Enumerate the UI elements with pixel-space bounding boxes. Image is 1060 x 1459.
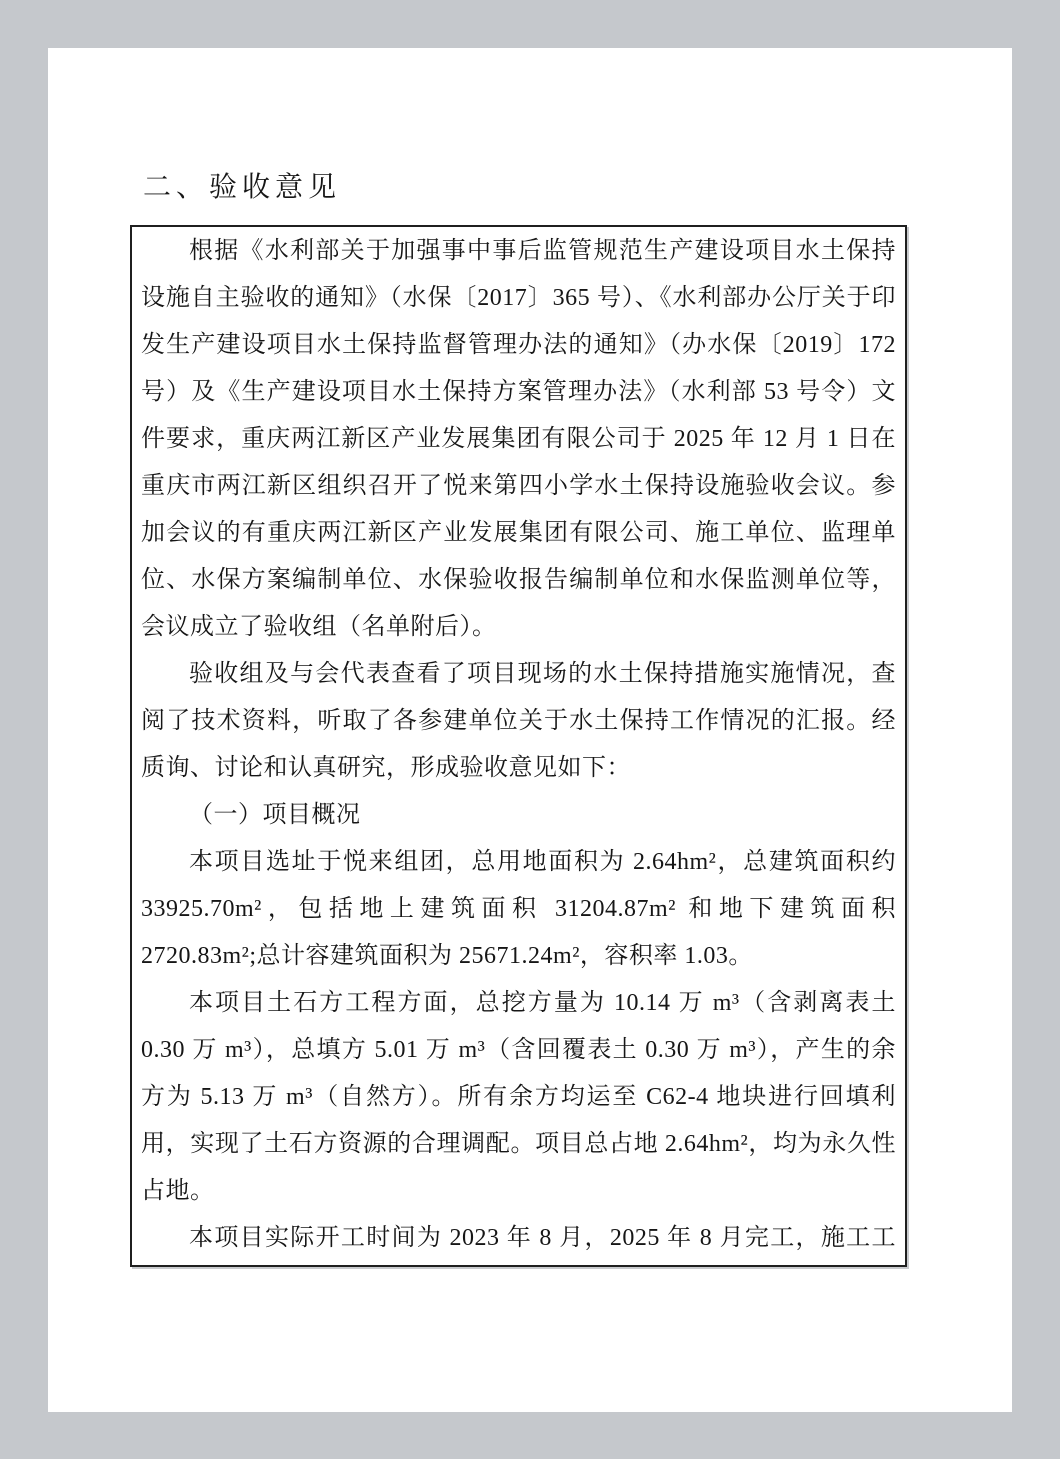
body-paragraph: 本项目选址于悦来组团，总用地面积为 2.64hm²，总建筑面积约 33925.7… bbox=[141, 839, 896, 980]
section-heading: 二、验收意见 bbox=[143, 170, 341, 206]
body-paragraph: 本项目土石方工程方面，总挖方量为 10.14 万 m³（含剥离表土 0.30 万… bbox=[141, 980, 896, 1215]
body-paragraph: 验收组及与会代表查看了项目现场的水土保持措施实施情况，查阅了技术资料，听取了各参… bbox=[141, 651, 896, 792]
document-page: 二、验收意见 根据《水利部关于加强事中事后监管规范生产建设项目水土保持设施自主验… bbox=[48, 48, 1012, 1412]
body-paragraph: 本项目实际开工时间为 2023 年 8 月，2025 年 8 月完工，施工工期为… bbox=[141, 1215, 896, 1267]
scanned-page-background: 二、验收意见 根据《水利部关于加强事中事后监管规范生产建设项目水土保持设施自主验… bbox=[0, 0, 1060, 1459]
body-paragraph: 根据《水利部关于加强事中事后监管规范生产建设项目水土保持设施自主验收的通知》（水… bbox=[141, 228, 896, 651]
acceptance-opinion-box: 根据《水利部关于加强事中事后监管规范生产建设项目水土保持设施自主验收的通知》（水… bbox=[130, 225, 907, 1267]
body-paragraph: （一）项目概况 bbox=[141, 792, 896, 839]
